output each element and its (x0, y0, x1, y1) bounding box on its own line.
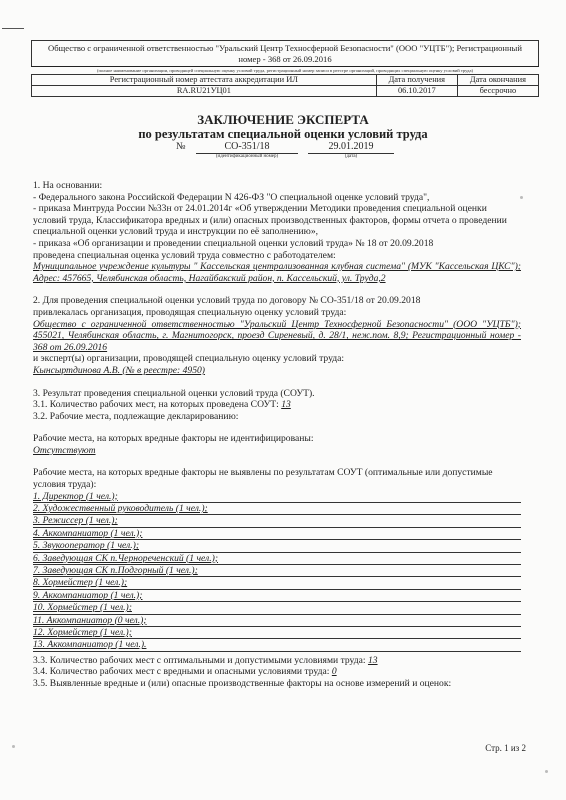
list-item: 5. Звукооператор (1 чел.); (33, 540, 521, 552)
basis-line: - Федерального закона Российской Федерац… (33, 192, 521, 204)
section-1-heading: 1. На основании: (33, 180, 521, 192)
workplace-name: 5. Звукооператор (1 чел.); (33, 540, 139, 551)
organization-header: Общество с ограниченной ответственностью… (31, 40, 539, 97)
document-number-caption: (идентификационный номер) (196, 154, 298, 159)
declared-workplaces-label: 3.2. Рабочие места, подлежащие деклариро… (33, 411, 521, 423)
workplace-name: 4. Аккомпаниатор (1 чел.); (33, 528, 142, 539)
scan-speck (545, 770, 548, 773)
employer-details: Муниципальное учреждение культуры " Касс… (33, 261, 521, 284)
document-number: СО-351/18 (196, 141, 298, 154)
workplace-name: 10. Хормейстер (1 чел.); (33, 602, 132, 613)
document-subtitle: по результатам специальной оценки услови… (0, 127, 566, 142)
optimal-workplaces: 3.3. Количество рабочих мест с оптимальн… (33, 655, 521, 667)
table-header-cell: Регистрационный номер аттестата аккредит… (32, 75, 377, 86)
list-item: 8. Хормейстер (1 чел.); (33, 577, 521, 589)
optimal-workplaces-label: 3.3. Количество рабочих мест с оптимальн… (33, 655, 366, 666)
workplace-name: 12. Хормейстер (1 чел.); (33, 627, 132, 638)
organization-name: Общество с ограниченной ответственностью… (31, 40, 539, 66)
assessing-organization: Общество с ограниченной ответственностью… (33, 319, 521, 354)
workplace-name: 1. Директор (1 чел.); (33, 491, 118, 502)
workplaces-assessed-value: 13 (281, 399, 291, 410)
scan-speck (12, 745, 15, 748)
joint-assessment-text: проведена специальная оценка условий тру… (33, 250, 521, 262)
expert-name: Кынсыртдинова А.В. (№ в реестре: 4950) (33, 365, 521, 377)
list-item: 10. Хормейстер (1 чел.); (33, 602, 521, 614)
expert-label: и эксперт(ы) организации, проводящей спе… (33, 353, 521, 365)
basis-line: - приказа «Об организации и проведении с… (33, 238, 521, 250)
list-item: 9. Аккомпаниатор (1 чел.); (33, 590, 521, 602)
accreditation-number: RA.RU21УЦ01 (32, 86, 377, 97)
document-body: 1. На основании: - Федерального закона Р… (33, 180, 521, 690)
list-item: 4. Аккомпаниатор (1 чел.); (33, 528, 521, 540)
workplace-list: 1. Директор (1 чел.);2. Художественный р… (33, 491, 521, 652)
workplace-name: 3. Режиссер (1 чел.); (33, 515, 118, 526)
basis-line: - приказа Минтруда России №33н от 24.01.… (33, 203, 521, 238)
harmful-workplaces-label: 3.4. Количество рабочих мест с вредными … (33, 666, 329, 677)
list-item: 6. Заведующая СК п.Чернореченский (1 чел… (33, 553, 521, 565)
document-date-caption: (дата) (308, 154, 394, 159)
list-item: 3. Режиссер (1 чел.); (33, 515, 521, 527)
section-3-heading: 3. Результат проведения специальной оцен… (33, 388, 521, 400)
expiry-date: бессрочно (457, 86, 538, 97)
workplace-name: 2. Художественный руководитель (1 чел.); (33, 503, 208, 514)
not-found-label: Рабочие места, на которых вредные фактор… (33, 467, 521, 490)
list-item: 1. Директор (1 чел.); (33, 491, 521, 503)
table-header-cell: Дата окончания (457, 75, 538, 86)
section-2-line: привлекалась организация, проводящая спе… (33, 307, 521, 319)
workplaces-assessed-label: 3.1. Количество рабочих мест, на которых… (33, 399, 279, 410)
workplace-name: 9. Аккомпаниатор (1 чел.); (33, 590, 142, 601)
list-item: 13. Аккомпаниатор (1 чел.). (33, 639, 521, 651)
workplace-name: 6. Заведующая СК п.Чернореченский (1 чел… (33, 553, 218, 564)
harmful-workplaces: 3.4. Количество рабочих мест с вредными … (33, 666, 521, 678)
workplaces-assessed: 3.1. Количество рабочих мест, на которых… (33, 399, 521, 411)
list-item: 11. Аккомпаниатор (0 чел.); (33, 615, 521, 627)
list-item: 12. Хормейстер (1 чел.); (33, 627, 521, 639)
document-date: 29.01.2019 (308, 141, 394, 154)
not-identified-label: Рабочие места, на которых вредные фактор… (33, 433, 521, 445)
optimal-workplaces-value: 13 (368, 655, 378, 666)
harmful-workplaces-value: 0 (332, 666, 337, 677)
organization-caption: (полное наименование организации, провод… (31, 67, 539, 74)
workplace-name: 8. Хормейстер (1 чел.); (33, 577, 127, 588)
list-item: 7. Заведующая СК п.Подгорный (1 чел.); (33, 565, 521, 577)
issue-date: 06.10.2017 (376, 86, 457, 97)
table-header-cell: Дата получения (376, 75, 457, 86)
workplace-name: 13. Аккомпаниатор (1 чел.). (33, 639, 146, 650)
not-identified-value: Отсутствуют (33, 445, 521, 457)
table-header-row: Регистрационный номер аттестата аккредит… (32, 75, 539, 86)
section-2-line: 2. Для проведения специальной оценки усл… (33, 295, 521, 307)
document-page: Общество с ограниченной ответственностью… (0, 0, 566, 800)
document-title: ЗАКЛЮЧЕНИЕ ЭКСПЕРТА (0, 112, 566, 128)
table-row: RA.RU21УЦ01 06.10.2017 бессрочно (32, 86, 539, 97)
workplace-name: 7. Заведующая СК п.Подгорный (1 чел.); (33, 565, 198, 576)
scan-mark (2, 28, 24, 29)
harmful-factors-label: 3.5. Выявленные вредные и (или) опасные … (33, 678, 521, 690)
accreditation-table: Регистрационный номер аттестата аккредит… (31, 74, 539, 97)
number-sign: № (176, 141, 186, 152)
page-number: Стр. 1 из 2 (485, 743, 526, 753)
workplace-name: 11. Аккомпаниатор (0 чел.); (33, 615, 147, 626)
list-item: 2. Художественный руководитель (1 чел.); (33, 503, 521, 515)
